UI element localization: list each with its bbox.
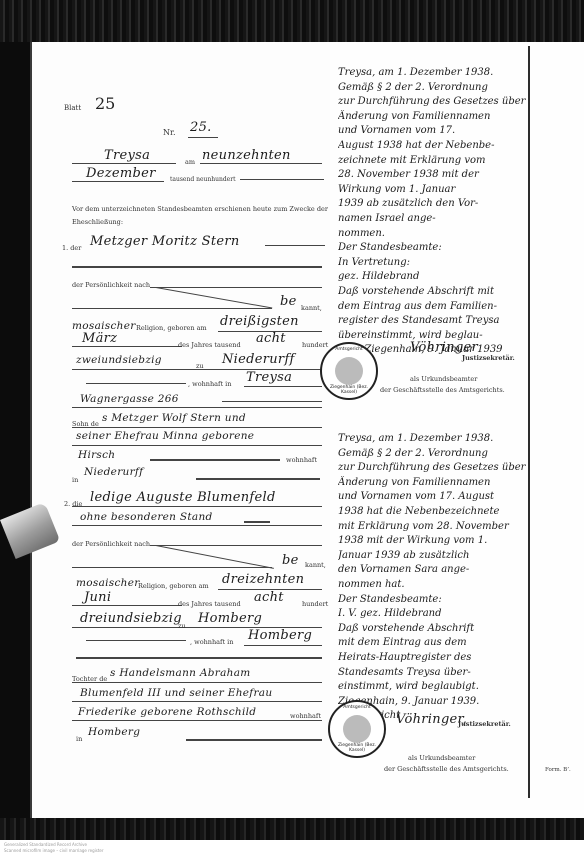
seal-text-bottom: Ziegenhain (Bez. Kassel) xyxy=(322,385,376,395)
rule xyxy=(72,525,322,526)
annotation-line: 1939 ab zusätzlich den Vor- xyxy=(338,197,528,212)
annotation-line: Standesamts Treysa über- xyxy=(338,666,528,681)
annotation-line: Änderung von Familiennamen xyxy=(338,476,528,491)
official-1a: als Urkundsbeamter xyxy=(410,375,477,383)
rule xyxy=(86,383,186,384)
bride-birth-year: dreiundsiebzig xyxy=(80,611,182,626)
official-1b: der Geschäftsstelle des Amtsgerichts. xyxy=(380,386,505,394)
bride-zu: zu xyxy=(178,622,186,630)
annotation-line: mit dem Eintrag aus dem xyxy=(338,636,528,651)
rule xyxy=(72,308,272,309)
form-label: Form. B’. xyxy=(545,767,571,773)
groom-zu: zu xyxy=(196,362,204,370)
nr-label: Nr. xyxy=(163,128,176,137)
bride-parents-residence: Homberg xyxy=(88,726,140,738)
book-edge-bottom xyxy=(0,818,584,840)
rule xyxy=(222,401,322,402)
rule xyxy=(72,567,272,568)
seal-text-top: Amtsgericht xyxy=(322,347,376,352)
bride-birthplace: Homberg xyxy=(198,611,262,626)
rule xyxy=(200,163,322,164)
annotation-line: Der Standesbeamte: xyxy=(338,241,528,256)
bride-residence: Homberg xyxy=(248,628,312,643)
annotation-line: Gemäß § 2 der 2. Verordnung xyxy=(338,81,528,96)
groom-number: 1. der xyxy=(62,244,81,252)
annotation-line: Heirats-Hauptregister des xyxy=(338,651,528,666)
annotation-line: Daß vorstehende Abschrift xyxy=(338,622,528,637)
month: Dezember xyxy=(86,166,156,181)
rule xyxy=(86,640,186,641)
rule xyxy=(72,605,182,606)
bride-name-2: ohne besonderen Stand xyxy=(80,511,213,523)
preamble: Vor dem unterzeichneten Standesbeamten e… xyxy=(72,205,328,213)
day: neunzehnten xyxy=(202,148,291,163)
groom-birthplace: Niederurff xyxy=(222,352,295,367)
am-label: am xyxy=(185,158,195,166)
bride-wohnhaft-label: , wohnhaft in xyxy=(190,638,233,646)
groom-birth-year: zweiundsiebzig xyxy=(76,354,162,366)
groom-religion-label: Religion, geboren am xyxy=(136,324,207,332)
annotation-line: zur Durchführung des Gesetzes über die xyxy=(338,461,528,476)
groom-known: be xyxy=(280,294,297,309)
bride-birth-month: Juni xyxy=(84,590,111,605)
annotation-line: einstimmt, wird beglaubigt. xyxy=(338,680,528,695)
groom-parents-3: Hirsch xyxy=(78,449,115,461)
annotation-line: 1938 hat die Nebenbezeichnete xyxy=(338,505,528,520)
rule xyxy=(72,346,182,347)
rule xyxy=(72,181,164,182)
annotation-line: nommen hat. xyxy=(338,578,528,593)
groom-wohnhaft-label: , wohnhaft in xyxy=(188,380,231,388)
bride-persoenlichkeit: der Persönlichkeit nach xyxy=(72,540,150,548)
groom-des-jahres: des Jahres tausend xyxy=(178,341,241,349)
rule xyxy=(240,179,324,180)
official-2a: als Urkundsbeamter xyxy=(408,754,475,762)
official-seal-2: Amtsgericht Ziegenhain (Bez. Kassel) xyxy=(328,700,386,758)
rule xyxy=(72,427,322,428)
rule xyxy=(150,459,280,461)
groom-wohnhaft: wohnhaft xyxy=(286,456,317,464)
bride-wohnhaft: wohnhaft xyxy=(290,712,321,720)
groom-parents-2: seiner Ehefrau Minna geborene xyxy=(76,430,254,442)
rule xyxy=(265,245,325,246)
annotation-line: 28. November 1938 mit der xyxy=(338,168,528,183)
groom-name: Metzger Moritz Stern xyxy=(90,234,240,249)
rule xyxy=(72,682,322,683)
rule xyxy=(196,478,320,480)
annotation-line: zeichnete mit Erklärung vom xyxy=(338,154,528,169)
signature-2: Vöhringer, xyxy=(396,712,467,727)
annotation-line: dem Eintrag aus dem Familien- xyxy=(338,300,528,315)
groom-parents-residence: Niederurff xyxy=(84,466,143,478)
rule xyxy=(72,163,104,164)
tausend-label: tausend neunhundert xyxy=(170,176,236,183)
bride-hundert: hundert xyxy=(302,600,328,608)
groom-birth-century: acht xyxy=(256,331,286,346)
rule xyxy=(244,645,322,646)
preamble-2: Eheschließung: xyxy=(72,218,123,226)
place: Treysa xyxy=(104,148,150,163)
rule xyxy=(72,506,322,507)
annotation-line: zur Durchführung des Gesetzes über die xyxy=(338,95,528,110)
groom-in-label: in xyxy=(72,476,78,484)
bride-des-jahres: des Jahres tausend xyxy=(178,600,241,608)
groom-kannt: kannt, xyxy=(301,304,322,312)
annotation-groom: Treysa, am 1. Dezember 1938.Gemäß § 2 de… xyxy=(338,66,528,358)
rule xyxy=(244,521,270,523)
rule xyxy=(188,137,218,138)
justiz-title-2: Justizsekretär. xyxy=(458,720,511,728)
rule xyxy=(186,739,322,741)
justiz-title-1: Justizsekretär. xyxy=(462,354,515,362)
rule xyxy=(76,657,322,659)
annotation-line: I. V. gez. Hildebrand xyxy=(338,607,528,622)
rule xyxy=(72,407,322,408)
seal-emblem-icon xyxy=(335,357,363,385)
official-seal-1: Amtsgericht Ziegenhain (Bez. Kassel) xyxy=(320,342,378,400)
book-edge-top xyxy=(0,0,584,42)
annotation-line: August 1938 hat der Nebenbe- xyxy=(338,139,528,154)
groom-street: Wagnergasse 266 xyxy=(80,393,179,405)
bride-birth-day: dreizehnten xyxy=(222,572,304,587)
blatt-label: Blatt xyxy=(64,104,81,112)
bride-birth-century: acht xyxy=(254,590,284,605)
footer-line-1: Generalized Standardized Record Archive xyxy=(4,842,87,847)
official-2b: der Geschäftsstelle des Amtsgerichts. xyxy=(384,765,509,773)
annotation-line: mit Erklärung vom 28. November xyxy=(338,520,528,535)
footer-strip: Generalized Standardized Record Archive … xyxy=(0,840,584,856)
groom-birth-month: März xyxy=(82,331,117,346)
bride-religion: mosaischer xyxy=(76,577,140,589)
signature-1: Vöhringer xyxy=(410,340,478,355)
annotation-line: gez. Hildebrand xyxy=(338,270,528,285)
rule xyxy=(72,720,322,721)
groom-persoenlichkeit: der Persönlichkeit nach xyxy=(72,281,150,289)
seal-emblem-icon xyxy=(343,715,371,743)
annotation-line: Wirkung vom 1. Januar xyxy=(338,183,528,198)
annotation-line: In Vertretung: xyxy=(338,256,528,271)
rule xyxy=(150,545,322,546)
rule xyxy=(244,386,322,387)
footer-line-2: Scanned microfilm image – civil marriage… xyxy=(4,848,104,853)
bride-religion-label: Religion, geboren am xyxy=(138,582,209,590)
annotation-line: Daß vorstehende Abschrift mit xyxy=(338,285,528,300)
bride-parents-1: s Handelsmann Abraham xyxy=(110,667,251,679)
annotation-line: nommen. xyxy=(338,227,528,242)
bride-parents-3: Friederike geborene Rothschild xyxy=(78,706,256,718)
bride-parents-2: Blumenfeld III und seiner Ehefrau xyxy=(80,687,272,699)
seal-text-bottom: Ziegenhain (Bez. Kassel) xyxy=(330,743,384,753)
bride-kannt: kannt, xyxy=(305,561,326,569)
annotation-line: Gemäß § 2 der 2. Verordnung xyxy=(338,447,528,462)
entry-number: 25. xyxy=(190,120,212,135)
page-gutter xyxy=(528,46,530,798)
annotation-line: und Vornamen vom 17. August xyxy=(338,490,528,505)
annotation-line: Januar 1939 ab zusätzlich xyxy=(338,549,528,564)
annotation-line: namen Israel ange- xyxy=(338,212,528,227)
annotation-line: register des Standesamt Treysa xyxy=(338,314,528,329)
rule xyxy=(150,287,322,288)
rule xyxy=(104,163,176,164)
annotation-line: Der Standesbeamte: xyxy=(338,593,528,608)
seal-text-top: Amtsgericht xyxy=(330,705,384,710)
bride-in-label: in xyxy=(76,735,82,743)
bride-known: be xyxy=(282,553,299,568)
annotation-line: Änderung von Familiennamen xyxy=(338,110,528,125)
rule xyxy=(72,445,322,446)
annotation-line: den Vornamen Sara ange- xyxy=(338,563,528,578)
bride-name: ledige Auguste Blumenfeld xyxy=(90,490,276,505)
groom-residence: Treysa xyxy=(246,370,292,385)
annotation-line: und Vornamen vom 17. xyxy=(338,124,528,139)
rule xyxy=(72,701,322,702)
annotation-bride: Treysa, am 1. Dezember 1938.Gemäß § 2 de… xyxy=(338,432,528,724)
rule xyxy=(72,266,322,268)
groom-parents-1: s Metzger Wolf Stern und xyxy=(102,412,246,424)
annotation-line: Treysa, am 1. Dezember 1938. xyxy=(338,66,528,81)
groom-birth-day: dreißigsten xyxy=(220,314,299,329)
blatt-number: 25 xyxy=(95,94,115,113)
annotation-line: Treysa, am 1. Dezember 1938. xyxy=(338,432,528,447)
annotation-line: 1938 mit der Wirkung vom 1. xyxy=(338,534,528,549)
